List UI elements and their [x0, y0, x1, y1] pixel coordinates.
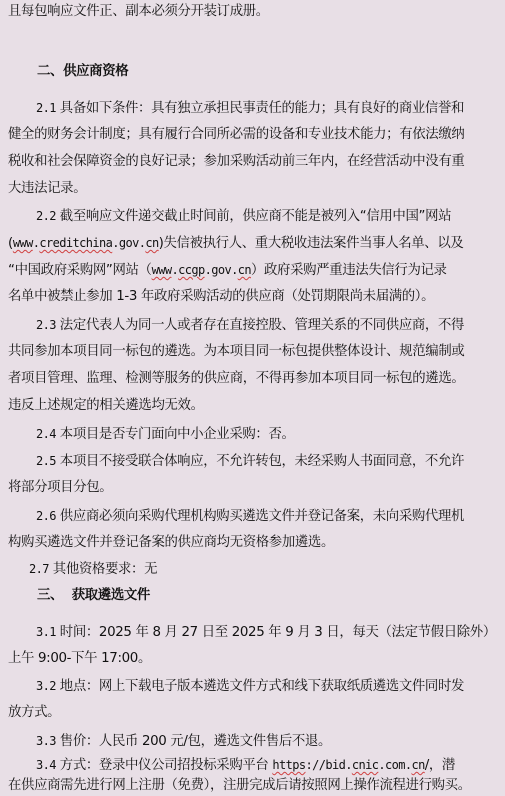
clause-2-5-line-1: 2.5 本项目不接受联合体响应，不允许转包，未经采购人书面同意，不允许	[36, 452, 464, 470]
ccgp-url: www.ccgp.gov.cn	[152, 263, 251, 277]
clause-number: 2.3	[36, 318, 56, 332]
clause-3-3-line-1: 3.3 售价：人民币 200 元/包，遴选文件售后不退。	[36, 732, 331, 750]
clause-number: 2.5	[36, 454, 56, 468]
clause-2-3-line-2: 共同参加本项目同一标包的遴选。为本项目同一标包提供整体设计、规范编制或	[8, 343, 464, 361]
clause-3-4-line-1: 3.4 方式：登录中仪公司招投标采购平台 https://bid.cnic.co…	[36, 756, 455, 774]
clause-number: 2.4	[36, 427, 56, 441]
clause-2-6-line-2: 构购买遴选文件并登记备案的供应商均无资格参加遴选。	[8, 534, 334, 552]
section-3-heading: 三、 获取遴选文件	[37, 587, 150, 605]
clause-number: 2.7	[29, 562, 49, 576]
clause-number: 3.4	[36, 758, 56, 772]
clause-3-2-line-2: 放方式。	[8, 704, 60, 722]
clause-2-1-line-2: 健全的财务会计制度；具有履行合同所必需的设备和专业技术能力；有依法缴纳	[8, 126, 464, 144]
creditchina-url: www.creditchina.gov.cn	[13, 236, 159, 250]
clause-number: 2.6	[36, 509, 56, 523]
clause-3-2-line-1: 3.2 地点：网上下载电子版本遴选文件方式和线下获取纸质遴选文件同时发	[36, 677, 464, 695]
clause-2-7-line-1: 2.7 其他资格要求：无	[29, 560, 157, 578]
clause-2-2-line-4: 名单中被禁止参加 1-3 年政府采购活动的供应商（处罚期限尚未届满的）。	[8, 288, 434, 306]
clause-2-1-line-1: 2.1 具备如下条件：具有独立承担民事责任的能力；具有良好的商业信誉和	[36, 99, 464, 117]
clause-2-2-line-3: “中国政府采购网”网站（www.ccgp.gov.cn）政府采购严重违法失信行为…	[8, 261, 447, 279]
clause-number: 3.1	[36, 625, 56, 639]
clause-2-1-line-3: 税收和社会保障资金的良好记录；参加采购活动前三年内，在经营活动中没有重	[8, 153, 464, 171]
clause-2-2-line-2: (www.creditchina.gov.cn)失信被执行人、重大税收违法案件当…	[8, 234, 463, 252]
section-2-heading: 二、供应商资格	[37, 63, 128, 81]
clause-number: 2.2	[36, 209, 56, 223]
clause-number: 2.1	[36, 101, 56, 115]
clause-number: 3.3	[36, 734, 56, 748]
clause-2-3-line-3: 者项目管理、监理、检测等服务的供应商，不得再参加本项目同一标包的遴选。	[8, 370, 464, 388]
clause-number: 3.2	[36, 679, 56, 693]
clause-3-4-line-2: 在供应商需先进行网上注册（免费），注册完成后请按照网上操作流程进行购买。	[8, 777, 471, 795]
clause-2-2-line-1: 2.2 截至响应文件递交截止时间前，供应商不能是被列入“信用中国”网站	[36, 207, 451, 225]
clause-2-5-line-2: 将部分项目分包。	[8, 479, 112, 497]
clause-3-1-line-1: 3.1 时间：2025 年 8 月 27 日至 2025 年 9 月 3 日，每…	[36, 623, 496, 641]
clause-2-3-line-4: 违反上述规定的相关遴选均无效。	[8, 397, 204, 415]
clause-2-6-line-1: 2.6 供应商必须向采购代理机构购买遴选文件并登记备案，未向采购代理机	[36, 507, 464, 525]
bid-platform-url[interactable]: https://bid.cnic.com.cn	[272, 758, 424, 772]
clause-2-1-line-4: 大违法记录。	[8, 180, 86, 198]
clause-2-3-line-1: 2.3 法定代表人为同一人或者存在直接控股、管理关系的不同供应商，不得	[36, 316, 464, 334]
clause-3-1-line-2: 上午 9:00-下午 17:00。	[8, 650, 151, 668]
clause-2-4-line-1: 2.4 本项目是否专门面向中小企业采购：否。	[36, 425, 295, 443]
intro-tail-text: 且每包响应文件正、副本必须分开装订成册。	[8, 3, 269, 21]
